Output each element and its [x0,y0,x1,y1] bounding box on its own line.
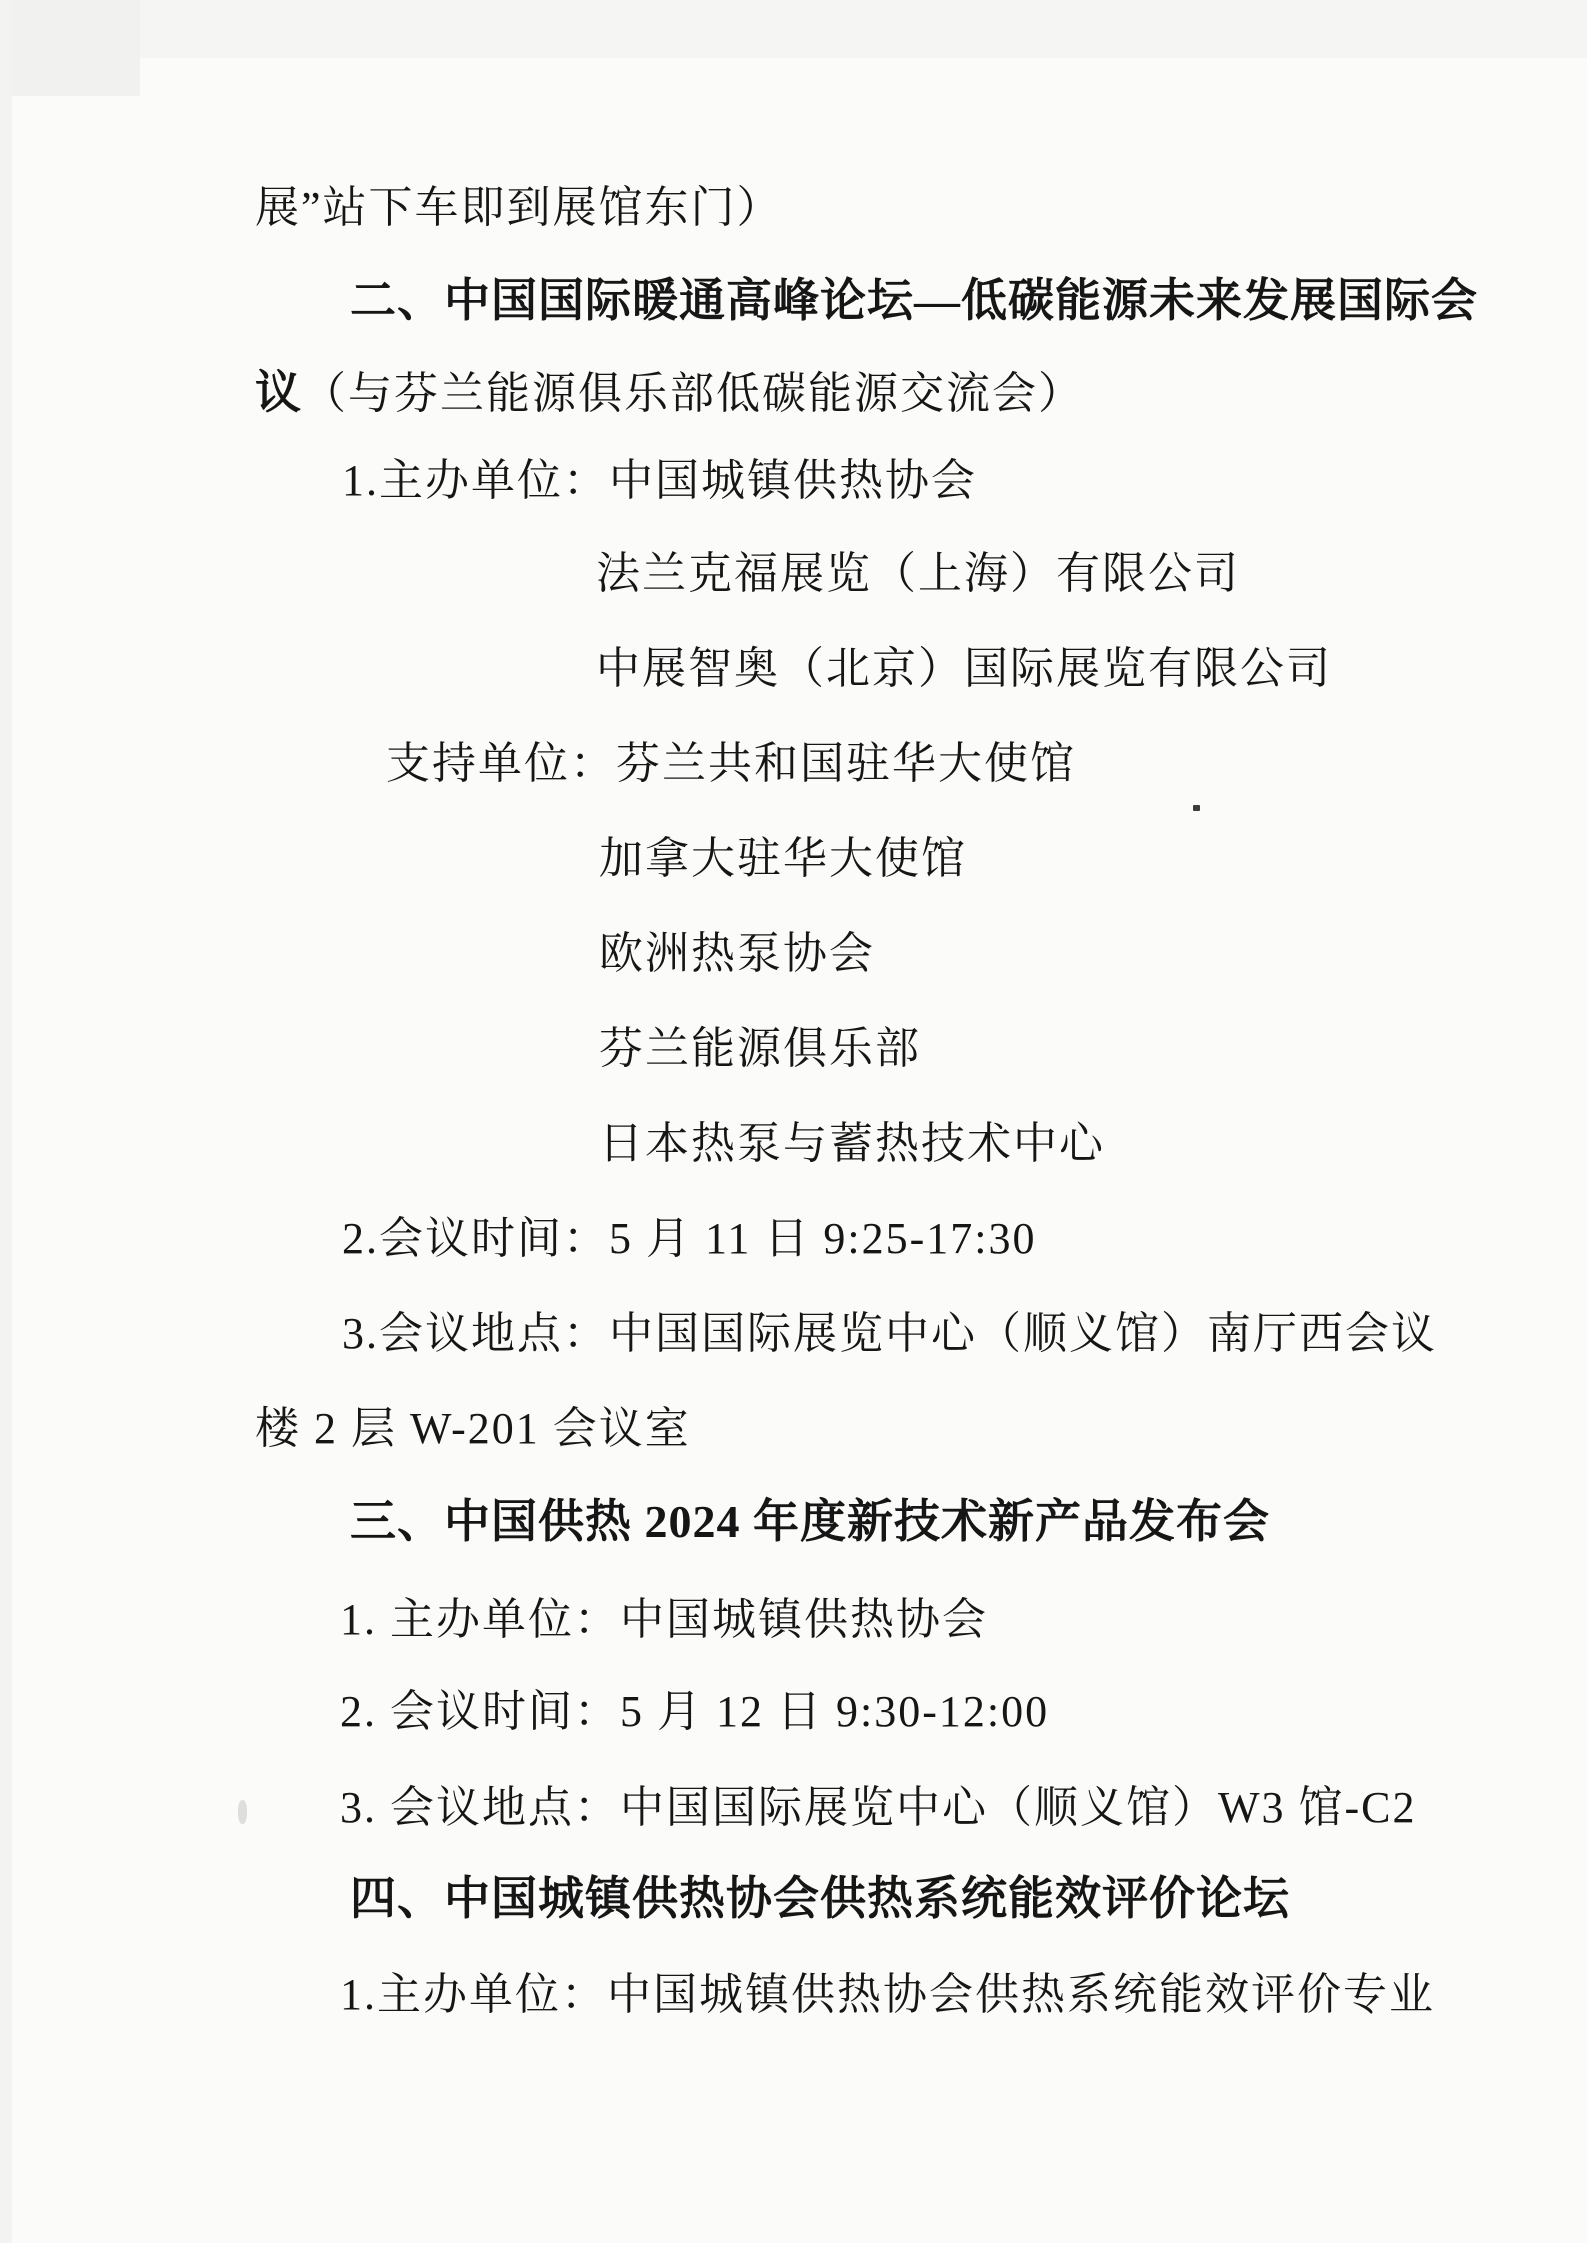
section3-host-line: 1. 主办单位：中国城镇供热协会 [340,1594,988,1646]
section2-support-org-3: 芬兰能源俱乐部 [599,1023,921,1075]
scan-artifact-corner-patch [8,0,140,96]
section2-venue-line1: 3.会议地点：中国国际展览中心（顺义馆）南厅西会议 [342,1308,1437,1360]
section3-time-line: 2. 会议时间：5 月 12 日 9:30-12:00 [340,1686,1049,1738]
section2-support-org-1: 加拿大驻华大使馆 [599,833,967,885]
section2-heading-line2: 议（与芬兰能源俱乐部低碳能源交流会） [255,366,1084,420]
section4-host-line: 1.主办单位：中国城镇供热协会供热系统能效评价专业 [340,1969,1435,2021]
scan-artifact-left-edge [0,0,12,2243]
section2-host-org-2: 中展智奥（北京）国际展览有限公司 [596,643,1332,695]
section2-host-org-1: 法兰克福展览（上海）有限公司 [596,548,1240,600]
ink-speck [1193,805,1200,811]
section2-time-line: 2.会议时间：5 月 11 日 9:25-17:30 [342,1213,1036,1265]
scanned-document-page: 展”站下车即到展馆东门） 二、中国国际暖通高峰论坛—低碳能源未来发展国际会 议（… [0,0,1587,2243]
section3-heading: 三、中国供热 2024 年度新技术新产品发布会 [350,1495,1270,1549]
section2-heading-line2-paren: （与芬兰能源俱乐部低碳能源交流会） [302,369,1084,418]
section4-heading: 四、中国城镇供热协会供热系统能效评价论坛 [350,1872,1290,1926]
section2-support-org-2: 欧洲热泵协会 [599,928,875,980]
section2-support-org-4: 日本热泵与蓄热技术中心 [599,1118,1105,1170]
leading-continuation-line: 展”站下车即到展馆东门） [255,182,783,234]
section2-host-line: 1.主办单位：中国城镇供热协会 [342,455,977,507]
section2-heading-line1: 二、中国国际暖通高峰论坛—低碳能源未来发展国际会 [350,274,1478,328]
section2-venue-line2: 楼 2 层 W-201 会议室 [255,1403,691,1455]
section2-heading-line2-bold-char: 议 [255,367,302,418]
faint-smudge [238,1800,247,1824]
scan-artifact-top-band [0,0,1587,58]
section2-support-line: 支持单位：芬兰共和国驻华大使馆 [386,738,1076,790]
section3-venue-line: 3. 会议地点：中国国际展览中心（顺义馆）W3 馆-C2 [340,1782,1417,1834]
